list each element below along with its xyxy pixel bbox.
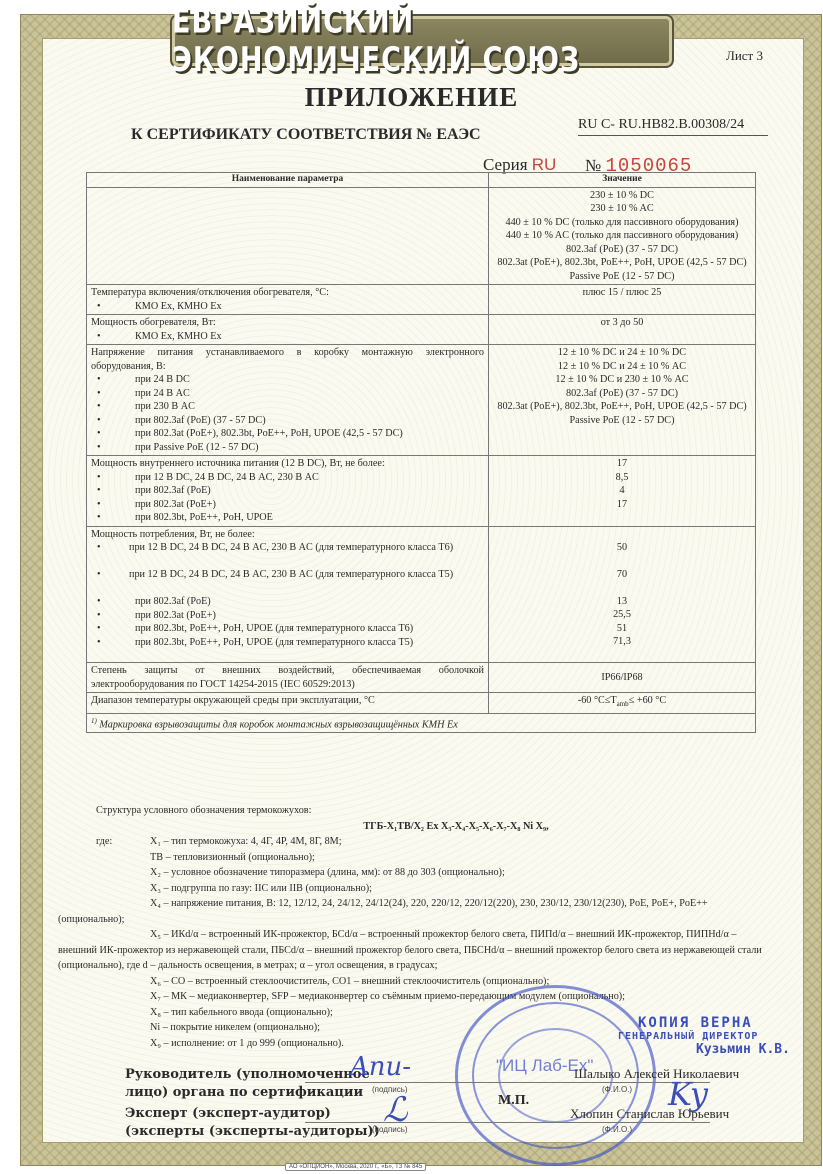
table-row: Мощность обогревателя, Вт: •КМО Ex, КМНО… — [87, 315, 756, 345]
structure-line: где:X₁ – тип термокожуха: 4, 4Г, 4Р, 4М,… — [96, 834, 756, 850]
value-line: 4 — [493, 484, 751, 498]
structure-line: X₃ – подгруппа по газу: IIC или IIB (опц… — [96, 881, 756, 897]
bullet-item: •при 802.3bt, PoE++, PoH, UPOE (для темп… — [91, 636, 484, 650]
page-subtitle: К СЕРТИФИКАТУ СООТВЕТСТВИЯ № ЕАЭС — [131, 126, 481, 144]
head-label-line: лицо) органа по сертификации — [125, 1084, 370, 1102]
bullet-icon: • — [91, 471, 135, 485]
head-signature-line — [305, 1082, 710, 1083]
header-parameter: Наименование параметра — [87, 173, 489, 188]
bullet-item: •при 802.3af (PoE) — [91, 595, 484, 609]
bullet-item: •при 802.3at (PoE+) — [91, 498, 484, 512]
row-values: 12 ± 10 % DC и 24 ± 10 % DC 12 ± 10 % DC… — [489, 345, 756, 456]
value-line: 51 — [493, 622, 751, 636]
head-name: Шалыко Алексей Николаевич — [574, 1066, 739, 1082]
bullet-item: •при 230 В AC — [91, 400, 484, 414]
table-row: Мощность внутреннего источника питания (… — [87, 456, 756, 527]
value-line: 12 ± 10 % DC и 24 ± 10 % AC — [493, 360, 751, 374]
value-line: 802.3af (PoE) (37 - 57 DC) — [493, 243, 751, 257]
structure-formula: ТГБ-X₁ТВ/X₂ Ex X₃-X₄-X₅-X₆-X₇-X₈ Ni X₉, — [96, 819, 756, 835]
value-line: Passive PoE (12 - 57 DC) — [493, 270, 751, 284]
copy-stamp-line: КОПИЯ ВЕРНА — [618, 1015, 790, 1031]
bullet-item: •при 24 В DC — [91, 373, 484, 387]
bullet-item: •КМО Ex, КМНО Ex — [91, 330, 484, 344]
bullet-icon: • — [91, 300, 135, 314]
bullet-text: при 802.3af (PoE) — [135, 484, 211, 498]
bullet-icon: • — [91, 541, 129, 555]
table-row: Мощность потребления, Вт, не более: •при… — [87, 526, 756, 663]
bullet-item: •при 12 В DC, 24 В DC, 24 В AC, 230 В AC… — [91, 568, 484, 595]
table-row: Степень защиты от внешних воздействий, о… — [87, 663, 756, 693]
value-line: 802.3at (PoE+), 802.3bt, PoE++, PoH, UPO… — [493, 400, 751, 414]
bullet-icon: • — [91, 373, 135, 387]
table-footnote: 1) Маркировка взрывозащиты для коробок м… — [87, 713, 756, 733]
bullet-icon: • — [91, 511, 135, 525]
value-line: 440 ± 10 % AC (только для пассивного обо… — [493, 229, 751, 243]
bullet-icon: • — [91, 330, 135, 344]
bullet-item: •при 24 В AC — [91, 387, 484, 401]
parameters-table: Наименование параметра Значение 230 ± 10… — [86, 172, 756, 733]
expert-signature: ℒ — [383, 1090, 408, 1130]
value-line: 802.3at (PoE+), 802.3bt, PoE++, PoH, UPO… — [493, 256, 751, 270]
union-banner: ЕВРАЗИЙСКИЙ ЭКОНОМИЧЕСКИЙ СОЮЗ — [170, 14, 674, 68]
page-title: ПРИЛОЖЕНИЕ — [0, 82, 823, 113]
value-line: 71,3 — [493, 635, 751, 649]
row-value: IP66/IP68 — [489, 663, 756, 693]
copy-stamp-line: ГЕНЕРАЛЬНЫЙ ДИРЕКТОР — [618, 1031, 790, 1042]
row-values: 17 8,5 4 17 — [489, 456, 756, 527]
bullet-text: КМО Ex, КМНО Ex — [135, 300, 222, 314]
bullet-text: при 24 В AC — [135, 387, 190, 401]
expert-signature-line — [305, 1122, 710, 1123]
row-title: Напряжение питания устанавливаемого в ко… — [91, 346, 484, 373]
row-title: Мощность внутреннего источника питания (… — [91, 457, 484, 471]
bullet-icon: • — [91, 622, 135, 636]
value-line: 12 ± 10 % DC и 24 ± 10 % DC — [493, 346, 751, 360]
value-line: 8,5 — [493, 471, 751, 485]
value-line: 25,5 — [493, 608, 751, 622]
seal-label: М.П. — [498, 1093, 529, 1109]
bullet-text: КМО Ex, КМНО Ex — [135, 330, 222, 344]
bullet-icon: • — [91, 414, 135, 428]
row-value: -60 °С≤Tamb≤ +60 °С — [489, 693, 756, 714]
bullet-icon: • — [91, 568, 129, 582]
bullet-text: при 12 В DC, 24 В DC, 24 В AC, 230 В AC — [135, 471, 319, 485]
bullet-text: при 802.3af (PoE) (37 - 57 DC) — [135, 414, 266, 428]
bullet-text: при 802.3at (PoE+), 802.3bt, PoE++, PoH,… — [135, 427, 403, 441]
bullet-text: при Passive PoE (12 - 57 DC) — [135, 441, 259, 455]
bullet-text: при 802.3at (PoE+) — [135, 498, 216, 512]
head-label: Руководитель (уполномоченное лицо) орган… — [125, 1066, 370, 1102]
bullet-text: при 230 В AC — [135, 400, 195, 414]
certificate-number: RU C- RU.НВ82.В.00308/24 — [578, 117, 768, 136]
bullet-icon: • — [91, 636, 135, 650]
expert-label-line: (эксперты (эксперты-аудиторы)) — [125, 1123, 380, 1141]
bullet-item: •при 802.3af (PoE) — [91, 484, 484, 498]
value-suffix: ≤ +60 °С — [629, 695, 667, 706]
bullet-item: •при Passive PoE (12 - 57 DC) — [91, 441, 484, 455]
director-signature: Ky — [668, 1075, 708, 1113]
value-prefix: -60 °С≤T — [578, 695, 617, 706]
table-row: 230 ± 10 % DC 230 ± 10 % AC 440 ± 10 % D… — [87, 187, 756, 285]
structure-line: X₂ – условное обозначение типоразмера (д… — [96, 865, 756, 881]
row-title: Степень защиты от внешних воздействий, о… — [87, 663, 489, 693]
value-line: 12 ± 10 % DC и 230 ± 10 % AC — [493, 373, 751, 387]
bullet-text: при 802.3af (PoE) — [135, 595, 211, 609]
structure-line: X₅ – ИКd/α – встроенный ИК-прожектор, БС… — [58, 927, 763, 974]
bullet-icon: • — [91, 400, 135, 414]
structure-text: X₁ – тип термокожуха: 4, 4Г, 4Р, 4М, 8Г,… — [150, 834, 342, 850]
footnote-mark: 1) — [91, 717, 97, 725]
table-row: Напряжение питания устанавливаемого в ко… — [87, 345, 756, 456]
bullet-item: •при 802.3bt, PoE++, PoH, UPOE — [91, 511, 484, 525]
structure-line: X₆ – СО – встроенный стеклоочиститель, С… — [96, 974, 756, 990]
head-signature: Anu- — [350, 1052, 411, 1082]
printer-mark: АО «ОПЦИОН», Москва, 2020 г., «Б», ТЗ № … — [285, 1163, 426, 1171]
structure-line: X₇ – МК – медиаконвертер, SFP – медиакон… — [96, 989, 756, 1005]
bullet-item: •при 802.3at (PoE+), 802.3bt, PoE++, PoH… — [91, 427, 484, 441]
row-title: Мощность обогревателя, Вт: — [91, 316, 484, 330]
bullet-icon: • — [91, 387, 135, 401]
banner-text: ЕВРАЗИЙСКИЙ ЭКОНОМИЧЕСКИЙ СОЮЗ — [172, 2, 672, 80]
row-value: плюс 15 / плюс 25 — [489, 285, 756, 315]
expert-label: Эксперт (эксперт-аудитор) (эксперты (экс… — [125, 1105, 380, 1141]
bullet-icon: • — [91, 498, 135, 512]
value-line: 17 — [493, 457, 751, 471]
bullet-item: •при 802.3bt, PoE++, PoH, UPOE (для темп… — [91, 622, 484, 636]
bullet-text: при 802.3at (PoE+) — [135, 609, 216, 623]
table-header: Наименование параметра Значение — [87, 173, 756, 188]
structure-intro: Структура условного обозначения термокож… — [96, 803, 756, 819]
bullet-item: •при 802.3af (PoE) (37 - 57 DC) — [91, 414, 484, 428]
value-line: 17 — [493, 498, 751, 512]
bullet-item: •при 12 В DC, 24 В DC, 24 В AC, 230 В AC… — [91, 541, 484, 568]
value-line: 13 — [493, 595, 751, 609]
bullet-icon: • — [91, 609, 135, 623]
bullet-icon: • — [91, 427, 135, 441]
table-row: Диапазон температуры окружающей среды пр… — [87, 693, 756, 714]
value-line: 230 ± 10 % AC — [493, 202, 751, 216]
copy-certified-stamp: КОПИЯ ВЕРНА ГЕНЕРАЛЬНЫЙ ДИРЕКТОР Кузьмин… — [618, 1015, 790, 1057]
sheet-number: Лист 3 — [726, 48, 763, 64]
bullet-item: •при 802.3at (PoE+) — [91, 609, 484, 623]
bullet-text: при 12 В DC, 24 В DC, 24 В AC, 230 В AC … — [129, 542, 453, 553]
structure-line: ТВ – тепловизионный (опционально); — [96, 850, 756, 866]
bullet-text: при 12 В DC, 24 В DC, 24 В AC, 230 В AC … — [129, 569, 453, 580]
row-values: 50 70 13 25,5 51 71,3 — [489, 526, 756, 663]
first-values: 230 ± 10 % DC 230 ± 10 % AC 440 ± 10 % D… — [489, 187, 756, 285]
value-line: 230 ± 10 % DC — [493, 189, 751, 203]
copy-stamp-line: Кузьмин К.В. — [618, 1042, 790, 1057]
structure-line: X₄ – напряжение питания, В: 12, 12/12, 2… — [58, 896, 756, 927]
bullet-text: при 24 В DC — [135, 373, 190, 387]
fio-caption: (Ф.И.О.) — [602, 1125, 632, 1134]
row-title: Диапазон температуры окружающей среды пр… — [87, 693, 489, 714]
row-title: Мощность потребления, Вт, не более: — [91, 528, 484, 542]
row-value: от 3 до 50 — [489, 315, 756, 345]
value-line: 802.3af (PoE) (37 - 57 DC) — [493, 387, 751, 401]
where-label: где: — [96, 834, 150, 850]
bullet-item: •при 12 В DC, 24 В DC, 24 В AC, 230 В AC — [91, 471, 484, 485]
fio-caption: (Ф.И.О.) — [602, 1085, 632, 1094]
bullet-item: •КМО Ex, КМНО Ex — [91, 300, 484, 314]
bullet-text: при 802.3bt, PoE++, PoH, UPOE (для темпе… — [135, 622, 413, 636]
bullet-icon: • — [91, 484, 135, 498]
bullet-text: при 802.3bt, PoE++, PoH, UPOE (для темпе… — [135, 636, 413, 650]
table-row: Температура включения/отключения обогрев… — [87, 285, 756, 315]
value-sub: amb — [617, 700, 629, 708]
header-value: Значение — [489, 173, 756, 188]
value-line: 50 — [493, 541, 751, 568]
designation-structure: Структура условного обозначения термокож… — [96, 803, 756, 1051]
bullet-icon: • — [91, 595, 135, 609]
value-line: 70 — [493, 568, 751, 595]
row-title: Температура включения/отключения обогрев… — [91, 286, 484, 300]
value-line: Passive PoE (12 - 57 DC) — [493, 414, 751, 428]
value-line: 440 ± 10 % DC (только для пассивного обо… — [493, 216, 751, 230]
bullet-icon: • — [91, 441, 135, 455]
footnote-text: Маркировка взрывозащиты для коробок монт… — [99, 719, 457, 730]
expert-label-line: Эксперт (эксперт-аудитор) — [125, 1105, 380, 1123]
bullet-text: при 802.3bt, PoE++, PoH, UPOE — [135, 511, 273, 525]
